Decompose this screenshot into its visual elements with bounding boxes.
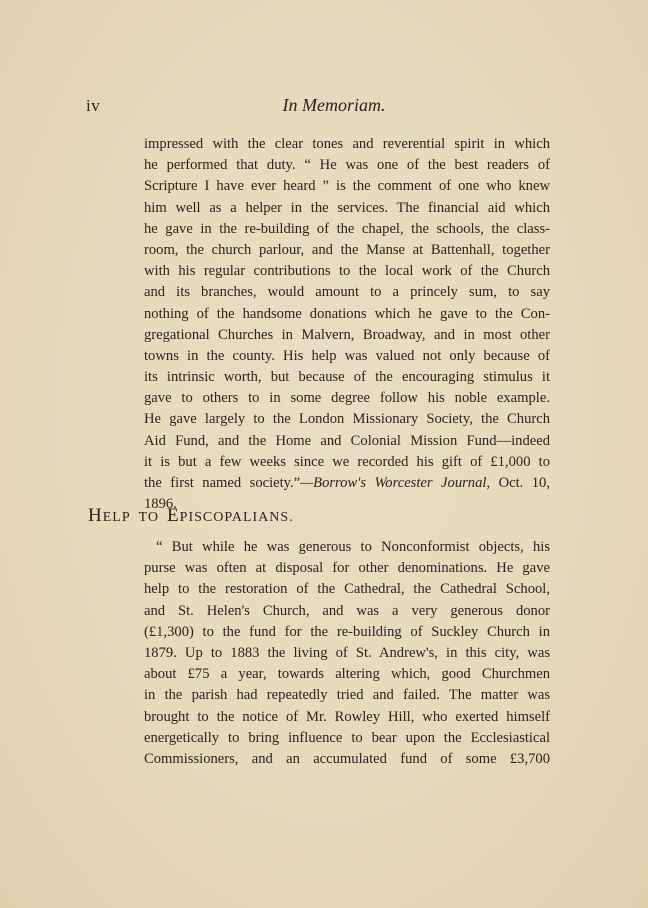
text-line: it is but a few weeks since we recorded …: [144, 452, 550, 473]
citation-line: the first named society.”—Borrow's Worce…: [144, 473, 550, 494]
text-line: He gave largely to the London Missionary…: [144, 409, 550, 430]
text-line: towns in the county. His help was valued…: [144, 346, 550, 367]
text-line: and its branches, would amount to a prin…: [144, 282, 550, 303]
text-line: with his regular contributions to the lo…: [144, 261, 550, 282]
text-line: gave to others to in some degree follow …: [144, 388, 550, 409]
running-title: In Memoriam.: [0, 95, 648, 116]
citation-source: —Borrow's Worcester Journal,: [300, 475, 490, 491]
text-line: energetically to bring influence to bear…: [144, 728, 550, 749]
paragraph-episcopalians: “ But while he was generous to Nonconfor…: [144, 537, 550, 770]
text-line: (£1,300) to the fund for the re-building…: [144, 622, 550, 643]
text-line: impressed with the clear tones and rever…: [144, 134, 550, 155]
text-line: help to the restoration of the Cathedral…: [144, 579, 550, 600]
text-line: room, the church parlour, and the Manse …: [144, 240, 550, 261]
text-line: about £75 a year, towards altering which…: [144, 664, 550, 685]
text-line: nothing of the handsome donations which …: [144, 304, 550, 325]
text-line: its intrinsic worth, but because of the …: [144, 367, 550, 388]
text-line: him well as a helper in the services. Th…: [144, 198, 550, 219]
text-line: purse was often at disposal for other de…: [144, 558, 550, 579]
text-line: Scripture I have ever heard ” is the com…: [144, 176, 550, 197]
text-line: Commissioners, and an accumulated fund o…: [144, 749, 550, 770]
paragraph-financial-aid: impressed with the clear tones and rever…: [144, 134, 550, 515]
text-line: and St. Helen's Church, and was a very g…: [144, 601, 550, 622]
text-line: gregational Churches in Malvern, Broadwa…: [144, 325, 550, 346]
citation-after: Oct. 10,: [490, 475, 550, 491]
text-line: 1879. Up to 1883 the living of St. Andre…: [144, 643, 550, 664]
text-line: he gave in the re-building of the chapel…: [144, 219, 550, 240]
text-line: he performed that duty. “ He was one of …: [144, 155, 550, 176]
text-line: brought to the notice of Mr. Rowley Hill…: [144, 707, 550, 728]
citation-before: the first named society.”: [144, 475, 300, 491]
text-line: “ But while he was generous to Nonconfor…: [144, 537, 550, 558]
section-heading: HELPTOEPISCOPALIANS.: [88, 505, 294, 527]
text-line: in the parish had repeatedly tried and f…: [144, 685, 550, 706]
text-line: Aid Fund, and the Home and Colonial Miss…: [144, 431, 550, 452]
